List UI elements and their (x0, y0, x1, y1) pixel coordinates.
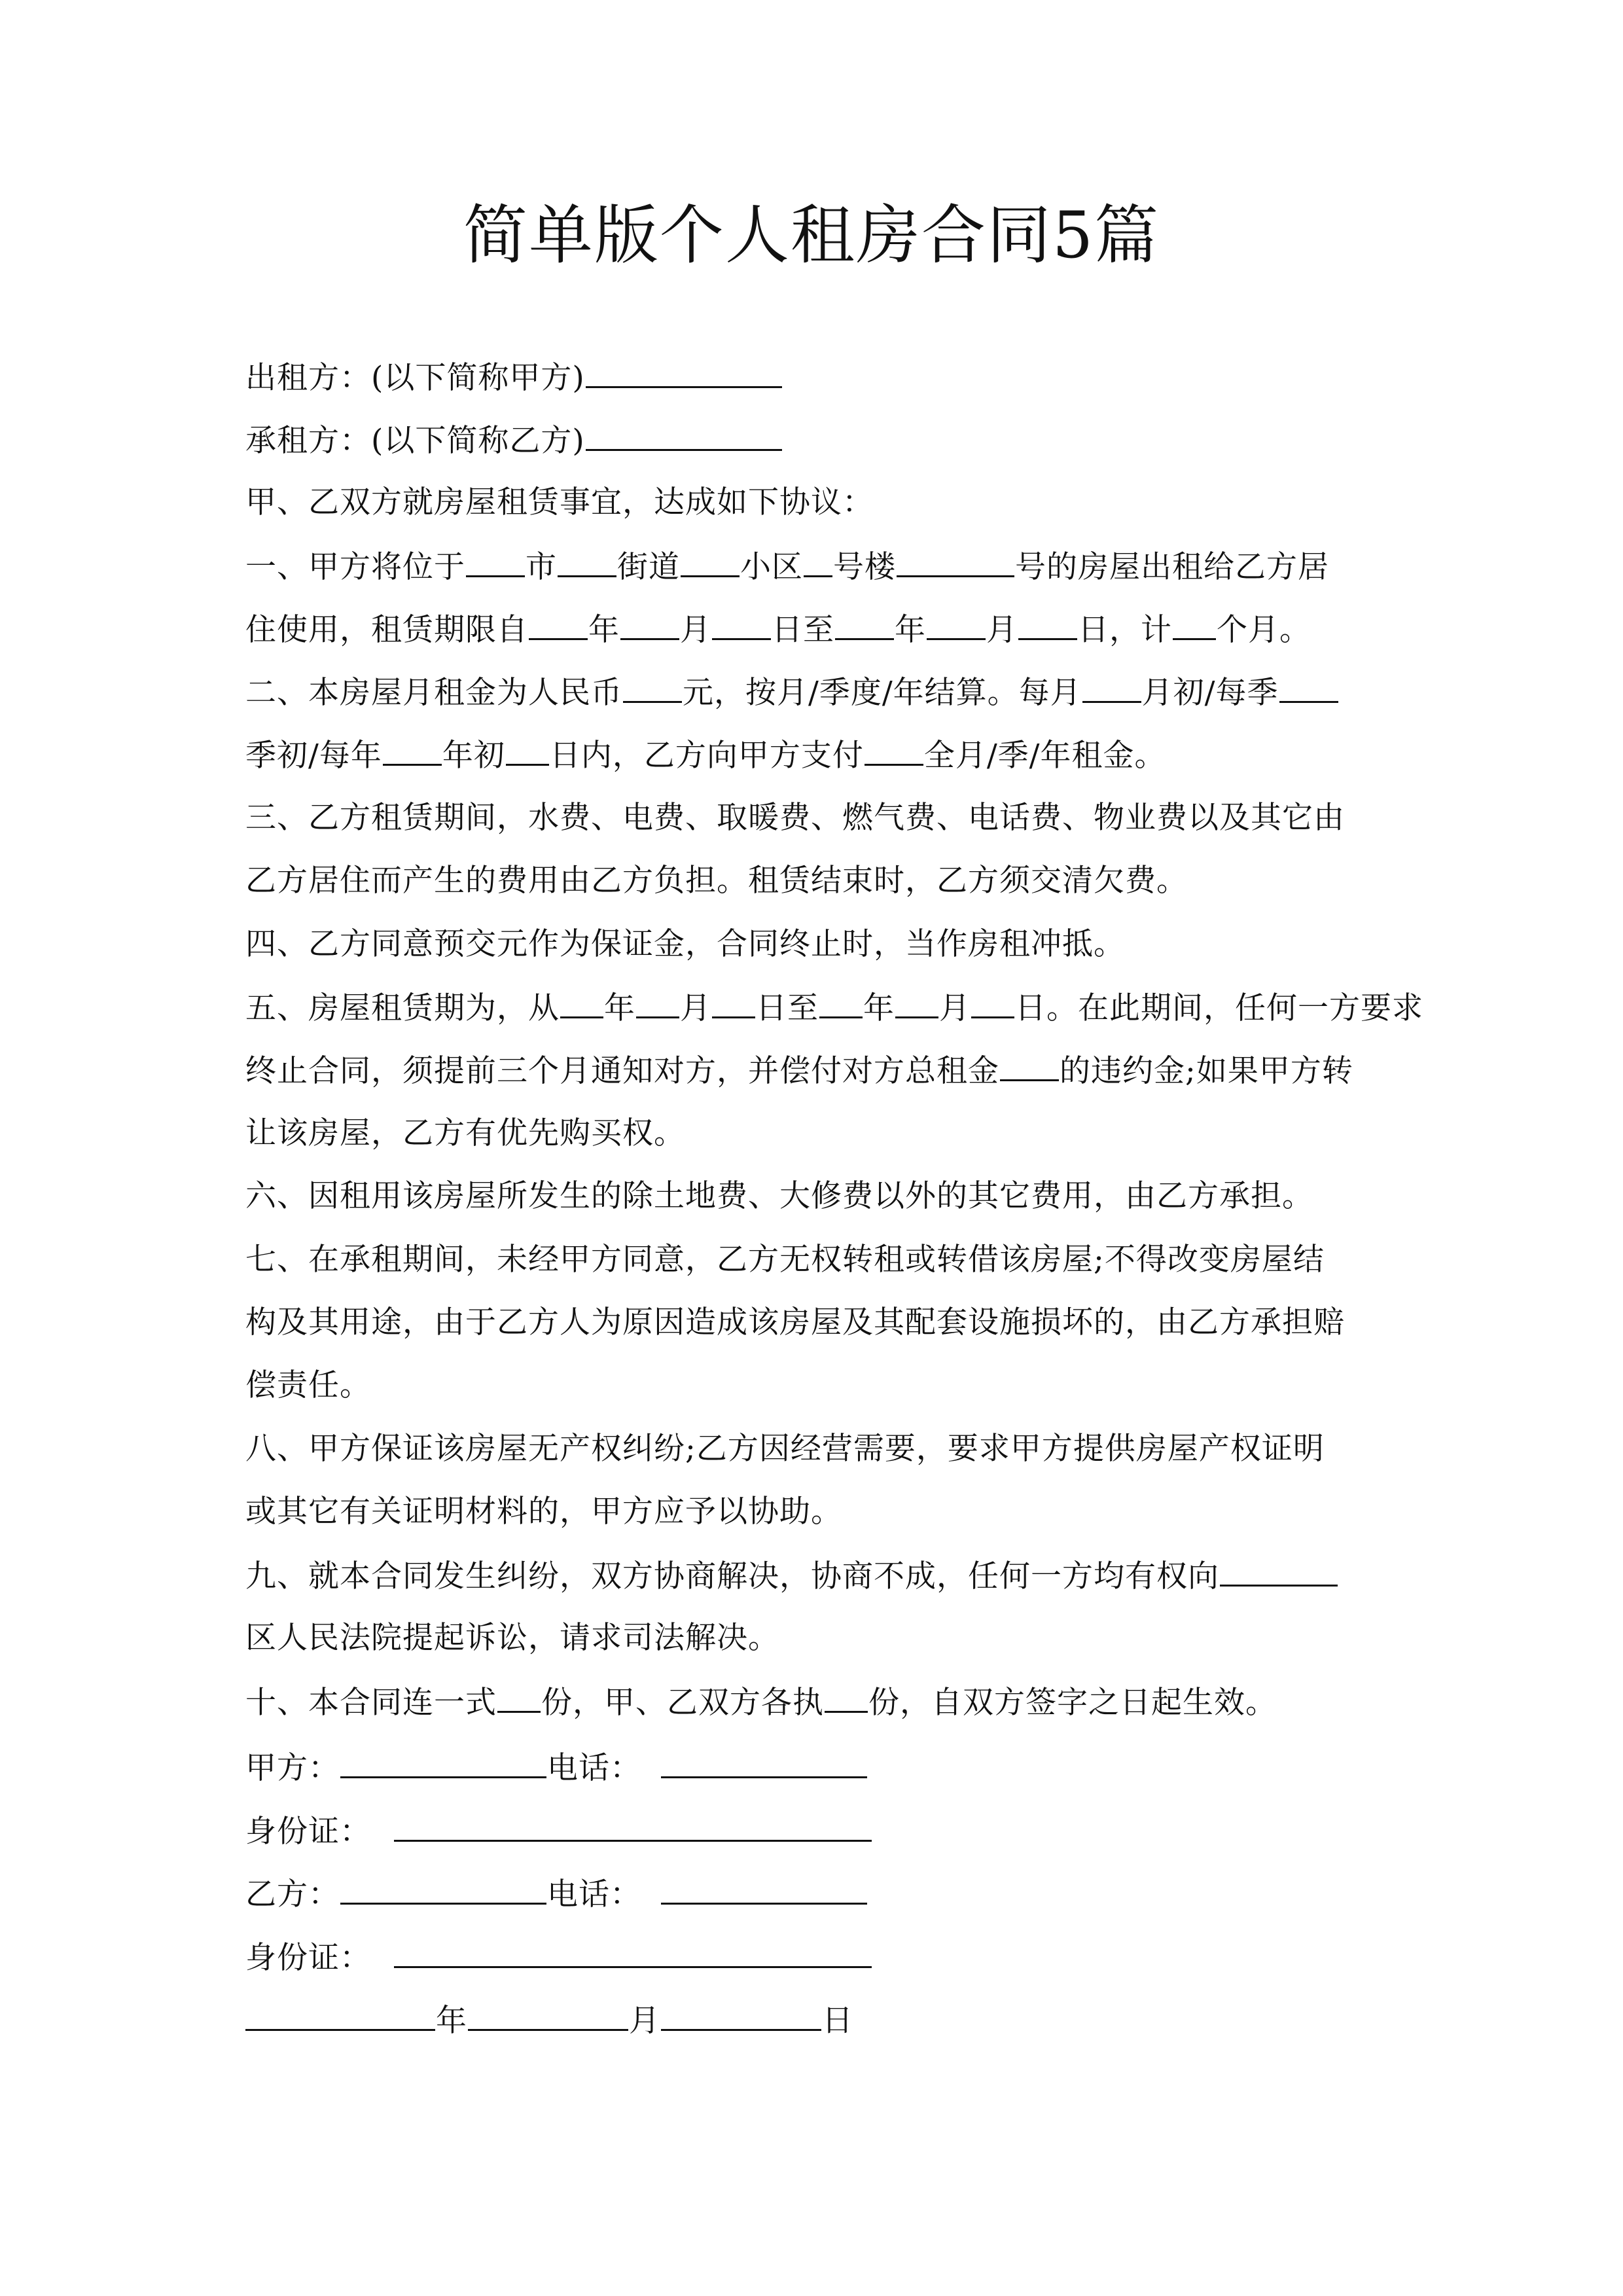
clause-text: 月 (680, 990, 711, 1026)
clause-9-line-2: 区人民法院提起诉讼，请求司法解决。 (245, 1619, 779, 1658)
street-blank[interactable] (558, 547, 616, 577)
end-year-blank[interactable] (835, 609, 894, 640)
clause-text: 月初/每季 (1142, 675, 1279, 711)
document-title: 简单版个人租房合同5篇 (0, 196, 1623, 275)
clause-text: 号楼 (833, 549, 896, 585)
clause-5-line-1: 五、房屋租赁期为，从年月日至年月日。在此期间，任何一方要求 (245, 988, 1423, 1028)
lessor-line: 出租方：(以下简称甲方) (245, 357, 783, 398)
start-year-blank[interactable] (529, 609, 588, 640)
clause-8-line-1: 八、甲方保证该房屋无产权纠纷;乙方因经营需要，要求甲方提供房屋产权证明 (245, 1429, 1325, 1469)
clause-text: 年 (895, 612, 926, 648)
phone-label: 电话： (547, 1750, 641, 1786)
clause-7-line-1: 七、在承租期间，未经甲方同意，乙方无权转租或转借该房屋;不得改变房屋结 (245, 1240, 1325, 1280)
copies-each-blank[interactable] (825, 1682, 868, 1713)
id-label: 身份证： (245, 1814, 371, 1850)
penalty-blank[interactable] (1000, 1050, 1059, 1081)
party-b-id-line: 身份证： (245, 1935, 872, 1978)
date-line: 年月日 (245, 1998, 853, 2041)
party-b-id-field[interactable] (394, 1935, 872, 1968)
sign-year-field[interactable] (245, 1998, 435, 2031)
rent-amount-blank[interactable] (623, 672, 682, 703)
clause-text: 五、房屋租赁期为，从 (245, 990, 560, 1026)
from-day-blank[interactable] (712, 988, 755, 1018)
clause-text: 日。在此期间，任何一方要求 (1015, 990, 1423, 1026)
party-b-phone-field[interactable] (661, 1871, 867, 1905)
clause-text: 季初/每年 (245, 738, 382, 774)
id-label: 身份证： (245, 1940, 371, 1976)
to-year-blank[interactable] (819, 988, 863, 1018)
unit-blank[interactable] (897, 547, 1014, 577)
party-a-name-field[interactable] (340, 1745, 546, 1778)
party-a-id-field[interactable] (394, 1808, 872, 1842)
from-year-blank[interactable] (560, 988, 603, 1018)
end-day-blank[interactable] (1018, 609, 1077, 640)
clause-text: 月 (680, 612, 711, 648)
clause-text: 终止合同，须提前三个月通知对方，并偿付对方总租金 (245, 1053, 999, 1089)
clause-9-line-1: 九、就本合同发生纠纷，双方协商解决，协商不成，任何一方均有权向 (245, 1556, 1338, 1596)
clause-5-line-2: 终止合同，须提前三个月通知对方，并偿付对方总租金的违约金;如果甲方转 (245, 1050, 1353, 1091)
clause-text: 的违约金;如果甲方转 (1060, 1053, 1353, 1089)
payment-blank[interactable] (865, 735, 923, 766)
clause-text: 份，自双方签字之日起生效。 (868, 1685, 1277, 1721)
start-day-blank[interactable] (712, 609, 771, 640)
lessee-line: 承租方：(以下简称乙方) (245, 420, 783, 461)
clause-text: 小区 (740, 549, 803, 585)
court-district-blank[interactable] (1220, 1556, 1338, 1587)
lessee-name-blank[interactable] (586, 420, 782, 451)
copies-total-blank[interactable] (497, 1682, 541, 1713)
months-blank[interactable] (1173, 609, 1216, 640)
party-b-label: 乙方： (245, 1876, 340, 1912)
clause-text: 一、甲方将位于 (245, 549, 465, 585)
clause-3-line-1: 三、乙方租赁期间，水费、电费、取暖费、燃气费、电话费、物业费以及其它由 (245, 798, 1345, 838)
party-b-signature-line: 乙方：电话： (245, 1871, 868, 1914)
quarterly-blank[interactable] (1279, 672, 1338, 703)
clause-text: 日内，乙方向甲方支付 (550, 738, 864, 774)
clause-text: 年初 (442, 738, 505, 774)
start-month-blank[interactable] (620, 609, 679, 640)
day-label: 日 (822, 2003, 853, 2039)
building-blank[interactable] (804, 547, 832, 577)
end-month-blank[interactable] (927, 609, 986, 640)
clause-text: 年 (863, 990, 895, 1026)
clause-7-line-3: 偿责任。 (245, 1366, 371, 1405)
year-label: 年 (436, 2003, 467, 2039)
to-day-blank[interactable] (971, 988, 1014, 1018)
clause-4: 四、乙方同意预交元作为保证金，合同终止时，当作房租冲抵。 (245, 925, 1125, 964)
lessor-label: 出租方：(以下简称甲方) (245, 360, 585, 396)
city-blank[interactable] (466, 547, 525, 577)
clause-text: 个月。 (1217, 612, 1311, 648)
clause-text: 九、就本合同发生纠纷，双方协商解决，协商不成，任何一方均有权向 (245, 1558, 1219, 1594)
clause-text: 月 (986, 612, 1018, 648)
clause-text: 日，计 (1078, 612, 1172, 648)
to-month-blank[interactable] (895, 988, 938, 1018)
clause-1-line-2: 住使用，租赁期限自年月日至年月日，计个月。 (245, 609, 1311, 650)
lessor-name-blank[interactable] (586, 357, 782, 388)
clause-5-line-3: 让该房屋，乙方有优先购买权。 (245, 1114, 685, 1153)
clause-text: 市 (526, 549, 557, 585)
party-b-name-field[interactable] (340, 1871, 546, 1905)
from-month-blank[interactable] (636, 988, 679, 1018)
clause-2-line-1: 二、本房屋月租金为人民币元，按月/季度/年结算。每月月初/每季 (245, 672, 1339, 713)
party-a-label: 甲方： (245, 1750, 340, 1786)
community-blank[interactable] (681, 547, 740, 577)
clause-2-line-2: 季初/每年年初日内，乙方向甲方支付全月/季/年租金。 (245, 735, 1166, 776)
clause-text: 号的房屋出租给乙方居 (1015, 549, 1329, 585)
clause-8-line-2: 或其它有关证明材料的，甲方应予以协助。 (245, 1492, 842, 1532)
party-a-signature-line: 甲方：电话： (245, 1745, 868, 1788)
clause-3-line-2: 乙方居住而产生的费用由乙方负担。租赁结束时，乙方须交清欠费。 (245, 861, 1188, 901)
party-a-id-line: 身份证： (245, 1808, 872, 1852)
phone-label: 电话： (547, 1876, 641, 1912)
clause-text: 月 (939, 990, 971, 1026)
lessee-label: 承租方：(以下简称乙方) (245, 423, 585, 459)
clause-text: 住使用，租赁期限自 (245, 612, 528, 648)
sign-day-field[interactable] (661, 1998, 821, 2031)
intro-line: 甲、乙双方就房屋租赁事宜，达成如下协议： (245, 483, 874, 522)
sign-month-field[interactable] (468, 1998, 628, 2031)
clause-text: 日至 (756, 990, 819, 1026)
days-blank[interactable] (506, 735, 549, 766)
clause-text: 份，甲、乙双方各执 (541, 1685, 824, 1721)
clause-text: 年 (604, 990, 635, 1026)
clause-1-line-1: 一、甲方将位于市街道小区号楼号的房屋出租给乙方居 (245, 547, 1329, 587)
yearly-blank[interactable] (383, 735, 442, 766)
clause-text: 全月/季/年租金。 (924, 738, 1166, 774)
clause-text: 日至 (772, 612, 834, 648)
clause-text: 十、本合同连一式 (245, 1685, 497, 1721)
party-a-phone-field[interactable] (661, 1745, 867, 1778)
monthly-blank[interactable] (1082, 672, 1141, 703)
clause-text: 元，按月/季度/年结算。每月 (683, 675, 1082, 711)
clause-10: 十、本合同连一式份，甲、乙双方各执份，自双方签字之日起生效。 (245, 1682, 1277, 1723)
clause-7-line-2: 构及其用途，由于乙方人为原因造成该房屋及其配套设施损坏的，由乙方承担赔 (245, 1303, 1345, 1342)
clause-text: 年 (588, 612, 620, 648)
month-label: 月 (629, 2003, 660, 2039)
clause-6: 六、因租用该房屋所发生的除土地费、大修费以外的其它费用，由乙方承担。 (245, 1177, 1313, 1216)
clause-text: 街道 (617, 549, 680, 585)
clause-text: 二、本房屋月租金为人民币 (245, 675, 622, 711)
